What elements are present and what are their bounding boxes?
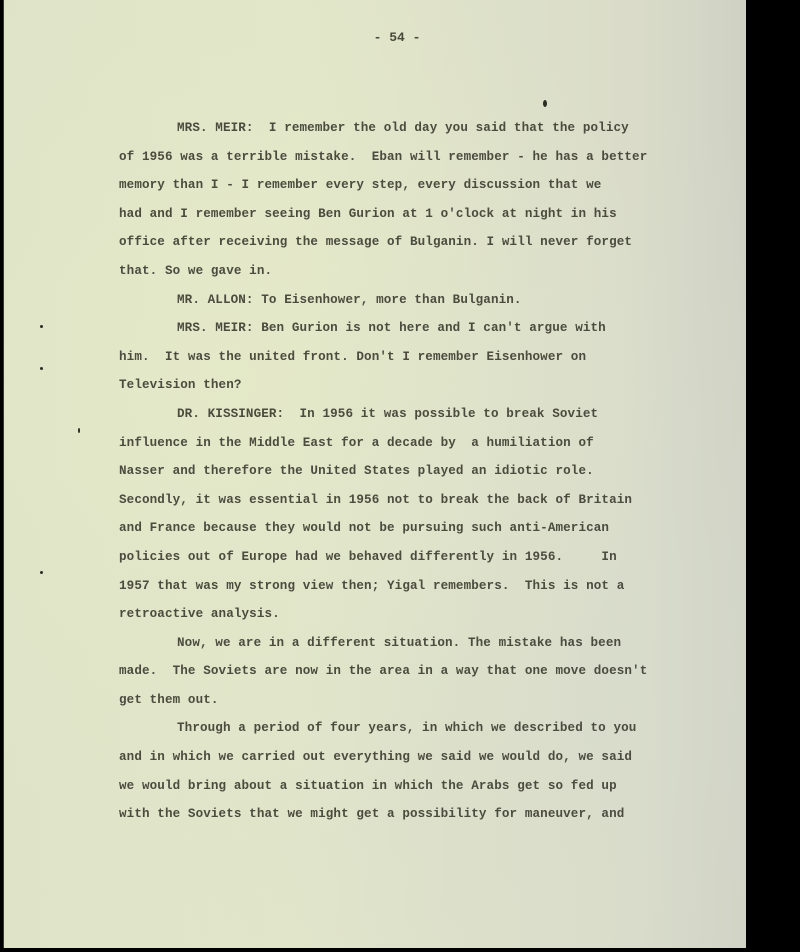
paragraph-meir-1: MRS. MEIR: I remember the old day you sa…: [119, 114, 719, 286]
text-line: made. The Soviets are now in the area in…: [119, 657, 719, 686]
text-line: Now, we are in a different situation. Th…: [119, 629, 719, 658]
text-line: influence in the Middle East for a decad…: [119, 429, 719, 458]
margin-speck: [40, 571, 43, 574]
paragraph-allon: MR. ALLON: To Eisenhower, more than Bulg…: [119, 286, 719, 315]
text-line: MR. ALLON: To Eisenhower, more than Bulg…: [119, 286, 719, 315]
text-line: get them out.: [119, 686, 719, 715]
margin-speck: [78, 428, 80, 433]
paragraph-meir-2: MRS. MEIR: Ben Gurion is not here and I …: [119, 314, 719, 400]
paragraph-kissinger-3: Through a period of four years, in which…: [119, 714, 719, 828]
scanned-page-viewer: - 54 - MRS. MEIR: I remember the old day…: [0, 0, 800, 952]
margin-speck: [40, 325, 43, 328]
paper-sheet: - 54 - MRS. MEIR: I remember the old day…: [3, 0, 746, 948]
text-line: retroactive analysis.: [119, 600, 719, 629]
text-line: had and I remember seeing Ben Gurion at …: [119, 200, 719, 229]
text-line: MRS. MEIR: Ben Gurion is not here and I …: [119, 314, 719, 343]
page-number: - 54 -: [4, 30, 790, 45]
text-line: 1957 that was my strong view then; Yigal…: [119, 572, 719, 601]
text-line: Nasser and therefore the United States p…: [119, 457, 719, 486]
text-line: that. So we gave in.: [119, 257, 719, 286]
transcript-body: MRS. MEIR: I remember the old day you sa…: [119, 114, 719, 829]
text-line: Television then?: [119, 371, 719, 400]
text-line: Secondly, it was essential in 1956 not t…: [119, 486, 719, 515]
text-line: Through a period of four years, in which…: [119, 714, 719, 743]
text-line: we would bring about a situation in whic…: [119, 772, 719, 801]
text-line: him. It was the united front. Don't I re…: [119, 343, 719, 372]
paragraph-kissinger-2: Now, we are in a different situation. Th…: [119, 629, 719, 715]
text-line: DR. KISSINGER: In 1956 it was possible t…: [119, 400, 719, 429]
text-line: memory than I - I remember every step, e…: [119, 171, 719, 200]
text-line: with the Soviets that we might get a pos…: [119, 800, 719, 829]
text-line: and France because they would not be pur…: [119, 514, 719, 543]
text-line: of 1956 was a terrible mistake. Eban wil…: [119, 143, 719, 172]
ink-speck: [543, 100, 547, 107]
text-line: office after receiving the message of Bu…: [119, 228, 719, 257]
text-line: MRS. MEIR: I remember the old day you sa…: [119, 114, 719, 143]
margin-speck: [40, 367, 43, 370]
text-line: and in which we carried out everything w…: [119, 743, 719, 772]
paragraph-kissinger-1: DR. KISSINGER: In 1956 it was possible t…: [119, 400, 719, 629]
text-line: policies out of Europe had we behaved di…: [119, 543, 719, 572]
